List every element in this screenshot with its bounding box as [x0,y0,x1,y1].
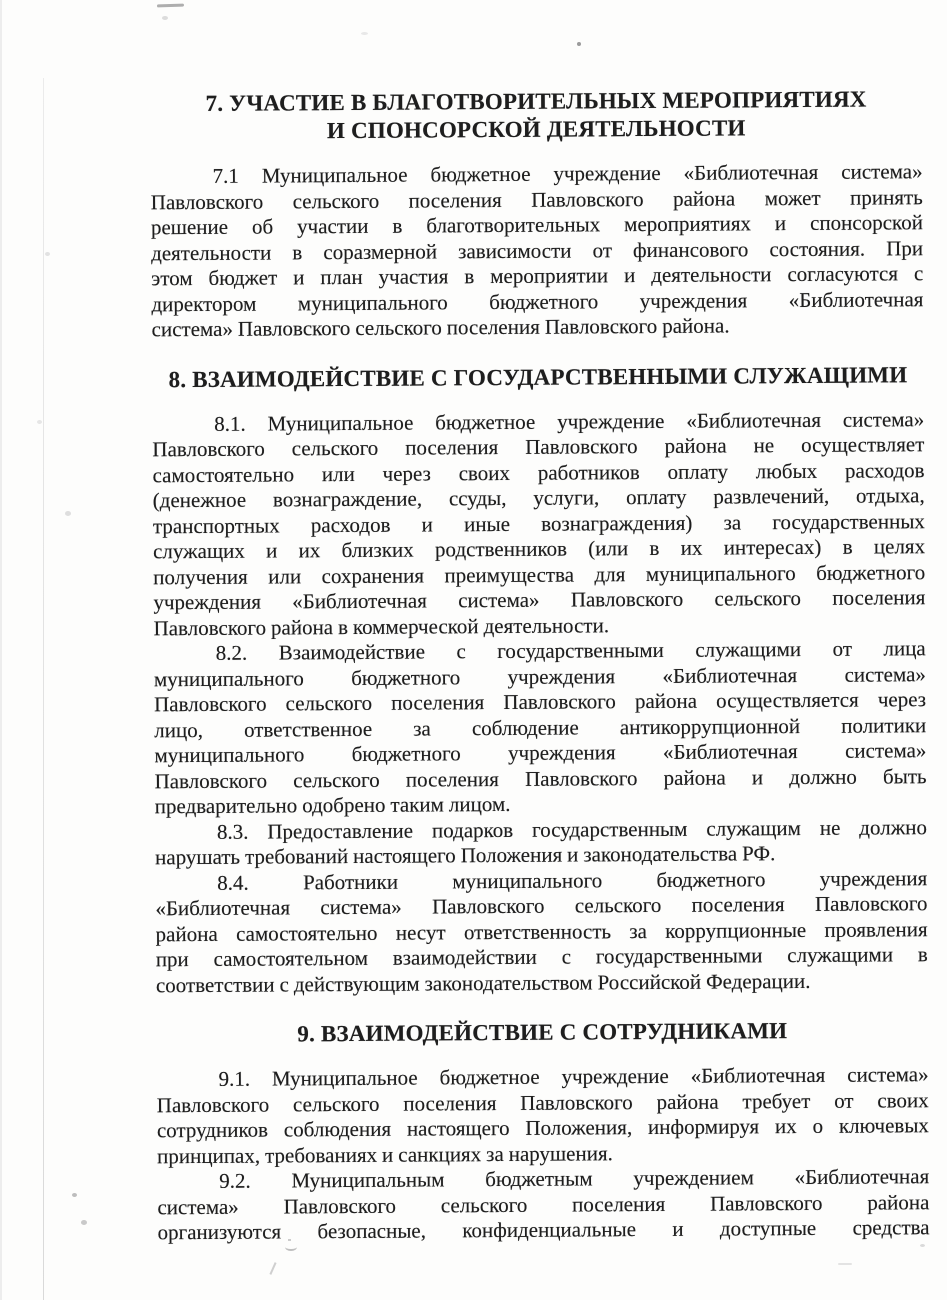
paragraph-line: Павловского сельского поселения Павловск… [155,764,927,795]
section-heading: 9. ВЗАИМОДЕЙСТВИЕ С СОТРУДНИКАМИ [156,1016,928,1049]
section: 8. ВЗАИМОДЕЙСТВИЕ С ГОСУДАРСТВЕННЫМИ СЛУ… [152,361,928,999]
scan-speck [65,511,71,516]
scan-speck [838,1263,852,1265]
paragraph-line: соответствии с действующим законодательс… [156,968,928,999]
scan-speck [72,1193,77,1197]
section-heading: 8. ВЗАИМОДЕЙСТВИЕ С ГОСУДАРСТВЕННЫМИ СЛУ… [152,361,924,394]
scan-speck [920,1244,925,1247]
section: 9. ВЗАИМОДЕЙСТВИЕ С СОТРУДНИКАМИ 9.1. Му… [156,1016,929,1246]
paragraph-line: учреждения «Библиотечная система» Павлов… [153,585,925,616]
paragraph: 8.3. Предоставление подарков государстве… [155,815,927,871]
scan-speck [37,420,42,424]
paragraph: 7.1 Муниципальное бюджетное учреждение «… [150,159,923,343]
scan-fold-line [43,78,44,1300]
paragraph-line: при самостоятельном взаимодействии с гос… [156,942,928,973]
document-content: 7. УЧАСТИЕ В БЛАГОТВОРИТЕЛЬНЫХ МЕРОПРИЯТ… [150,85,930,1246]
heading-line: 7. УЧАСТИЕ В БЛАГОТВОРИТЕЛЬНЫХ МЕРОПРИЯТ… [150,85,922,118]
paragraph-line: система» Павловского сельского поселения… [152,312,924,343]
scan-speck [162,16,168,20]
section-heading: 7. УЧАСТИЕ В БЛАГОТВОРИТЕЛЬНЫХ МЕРОПРИЯТ… [150,85,922,146]
scan-speck [577,42,581,46]
paragraph: 9.1. Муниципальное бюджетное учреждение … [156,1062,929,1169]
paragraph-line: директором муниципального бюджетного учр… [151,287,923,318]
scan-slash-mark [269,1262,276,1275]
paragraph: 9.2. Муниципальным бюджетным учреждением… [157,1164,929,1246]
section-paragraphs: 9.1. Муниципальное бюджетное учреждение … [156,1062,929,1246]
paragraph: 8.4. Работники муниципального бюджетного… [155,866,928,999]
scan-speck [361,32,368,35]
paragraph-line: организуются безопасные, конфиденциальны… [158,1215,930,1246]
section-paragraphs: 7.1 Муниципальное бюджетное учреждение «… [150,159,923,343]
heading-line: И СПОНСОРСКОЙ ДЕЯТЕЛЬНОСТИ [150,113,922,146]
document-page: 7. УЧАСТИЕ В БЛАГОТВОРИТЕЛЬНЫХ МЕРОПРИЯТ… [0,0,947,1300]
paragraph-line: 8.3. Предоставление подарков государстве… [155,815,927,846]
scan-edge-shadow [0,0,2,1300]
scan-speck [81,1220,87,1225]
heading-line: 8. ВЗАИМОДЕЙСТВИЕ С ГОСУДАРСТВЕННЫМИ СЛУ… [152,361,924,394]
paragraph: 8.1. Муниципальное бюджетное учреждение … [152,407,926,642]
paragraph: 8.2. Взаимодействие с государственными с… [154,636,927,820]
section: 7. УЧАСТИЕ В БЛАГОТВОРИТЕЛЬНЫХ МЕРОПРИЯТ… [150,85,924,343]
paragraph-line: сотрудников соблюдения настоящего Положе… [157,1113,929,1144]
scan-speck [45,252,50,256]
heading-line: 9. ВЗАИМОДЕЙСТВИЕ С СОТРУДНИКАМИ [156,1016,928,1049]
scan-speck [157,4,184,8]
section-paragraphs: 8.1. Муниципальное бюджетное учреждение … [152,407,928,999]
